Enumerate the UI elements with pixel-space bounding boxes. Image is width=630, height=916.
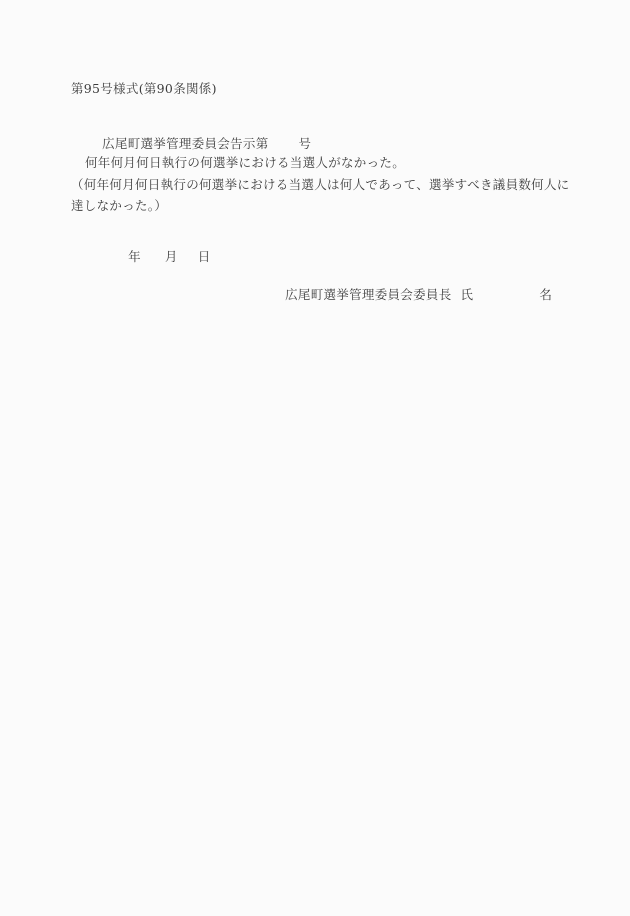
body-text-line-1: 何年何月何日執行の何選挙における当選人がなかった。 [85,155,405,171]
body-text-line-3: 達しなかった。） [71,198,167,214]
date-year-label: 年 [128,249,141,264]
date-line: 年月日 [72,233,211,281]
body-text-line-2: （何年何月何日執行の何選挙における当選人は何人であって、選挙すべき議員数何人に [71,177,570,193]
signature-line: 広尾町選挙管理委員会委員長氏名 [268,271,552,319]
date-month-label: 月 [165,249,178,264]
signature-name-first: 氏 [461,287,474,302]
document-page: 第95号様式(第90条関係) 広尾町選挙管理委員会告示第号 何年何月何日執行の何… [0,0,630,916]
signature-title: 広尾町選挙管理委員会委員長 [285,287,451,302]
signature-name-last: 名 [539,287,552,302]
notice-number-suffix: 号 [299,136,312,151]
date-day-label: 日 [198,249,211,264]
notice-number-prefix: 広尾町選挙管理委員会告示第 [102,136,268,151]
form-number-line: 第95号様式(第90条関係) [71,81,217,97]
